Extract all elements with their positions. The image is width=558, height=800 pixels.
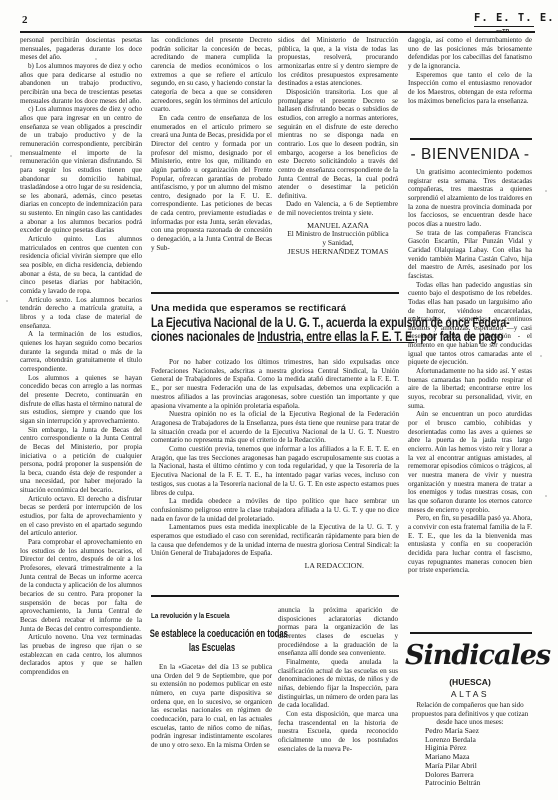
paragraph: Nuestra opinión no es la oficial de la E… xyxy=(151,410,399,445)
bienvenida-rule xyxy=(410,632,532,634)
paragraph: personal percibirán doscientas pesetas m… xyxy=(20,36,142,62)
bienvenida-body: Un gratísimo acontecimiento podemos regi… xyxy=(408,168,532,575)
paragraph: las condiciones del presente Decreto pod… xyxy=(151,36,272,114)
paragraph: Con esta disposición, que marca una fech… xyxy=(278,710,398,753)
print-speck xyxy=(545,495,547,497)
paragraph: Un gratísimo acontecimiento podemos regi… xyxy=(408,168,532,229)
ugt-headline-line-1: La Ejecutiva Nacional de la U. G. T., ac… xyxy=(151,316,346,330)
paragraph: En cada centro de enseñanza de los enume… xyxy=(151,114,272,253)
print-speck xyxy=(10,155,12,157)
paragraph: Los alumnos a quienes se hayan concedido… xyxy=(20,374,142,426)
escuela-body-right: anuncia la próxima aparición de disposic… xyxy=(278,606,398,753)
signature-minister: JESUS HERNAÑDEZ TOMAS xyxy=(278,248,398,257)
paragraph: Afortunadamente no ha sido así. Y estas … xyxy=(408,367,532,410)
paragraph: Por no haber cotizado los últimos trimes… xyxy=(151,358,399,410)
print-speck xyxy=(95,58,97,60)
paragraph: Esperemos que tanto el celo de la Inspec… xyxy=(408,71,532,106)
paragraph: Artículo quinto. Los alumnos matriculado… xyxy=(20,235,142,296)
print-speck xyxy=(545,190,547,192)
masthead: F. E. T. E. xyxy=(474,12,555,24)
ugt-bottom-rule xyxy=(151,595,399,597)
header-rule xyxy=(20,31,535,33)
escuela-headline-line-2: las Escuelas xyxy=(169,641,254,655)
column-2: las condiciones del presente Decreto pod… xyxy=(151,36,272,252)
paragraph: Dado en Valencia, a 6 de Septiembre de m… xyxy=(278,200,398,217)
column-1: personal percibirán doscientas pesetas m… xyxy=(20,36,142,677)
paragraph: Pero, en fin, su pesadilla pasó ya. Ahor… xyxy=(408,514,532,575)
print-speck xyxy=(540,355,542,357)
column-4: dagogía, así como el derrumbamiento de u… xyxy=(408,36,532,105)
column-3: sidios del Ministerio de Instrucción púb… xyxy=(278,36,398,256)
paragraph: sidios del Ministerio de Instrucción púb… xyxy=(278,36,398,88)
escuela-body-left: En la «Gaceta» del día 13 se publica una… xyxy=(151,663,272,750)
paragraph: Como cuestión previa, tenemos que inform… xyxy=(151,445,399,497)
paragraph: Finalmente, queda anulada la clasificaci… xyxy=(278,658,398,710)
paragraph: Artículo noveno. Una vez terminadas las … xyxy=(20,633,142,676)
sindicales-logo: Sindicales xyxy=(405,640,535,671)
ugt-signature: LA REDACCION. xyxy=(151,562,399,571)
bienvenida-title: - BIENVENIDA - xyxy=(405,146,535,164)
ugt-body: Por no haber cotizado los últimos trimes… xyxy=(151,358,399,571)
ugt-headline-line-2: ciones nacionales de Industria, entre el… xyxy=(151,330,346,344)
headline-part: por falta de pago xyxy=(418,329,504,344)
section-label: ALTAS xyxy=(405,689,535,699)
paragraph: c) Los alumnos mayores de diez y ocho añ… xyxy=(20,105,142,235)
paragraph: Se trata de las compañeras Francisca Gas… xyxy=(408,229,532,281)
headline-underlined: Industria, entre ellas la F. E. T. E., xyxy=(257,329,417,344)
masthead-underline xyxy=(474,26,534,27)
altas-intro: Relación de compañeros que han sido prop… xyxy=(408,701,532,727)
print-speck xyxy=(6,300,8,302)
escuela-kicker: La revolución y la Escuela xyxy=(151,611,230,620)
ugt-headline: La Ejecutiva Nacional de la U. G. T., ac… xyxy=(151,316,401,344)
paragraph: Sin embargo, la Junta de Becas del centr… xyxy=(20,426,142,495)
paragraph: Para comprobar el aprovechamiento en los… xyxy=(20,538,142,633)
paragraph: A la terminación de los estudios, quiene… xyxy=(20,330,142,373)
escuela-headline: Se establece la coeducación en todas las… xyxy=(151,627,273,655)
paragraph: Artículo octavo. El derecho a disfrutar … xyxy=(20,495,142,538)
paragraph: En la «Gaceta» del día 13 se publica una… xyxy=(151,663,272,750)
page-number: 2 xyxy=(22,14,28,26)
paragraph: dagogía, así como el derrumbamiento de u… xyxy=(408,36,532,71)
ugt-top-rule xyxy=(151,292,399,294)
col4-rule xyxy=(410,138,532,140)
paragraph: anuncia la próxima aparición de disposic… xyxy=(278,606,398,658)
ugt-kicker: Una medida que esperamos se rectificará xyxy=(151,303,346,314)
paragraph: b) Los alumnos mayores de diez y ocho añ… xyxy=(20,62,142,105)
paragraph: Disposición transitoria. Los que al prom… xyxy=(278,88,398,201)
altas-list: Pedro María Saez Lorenzo Berdala Higinia… xyxy=(425,727,535,788)
paragraph: Relación de compañeros que han sido prop… xyxy=(408,701,532,727)
paragraph: La medida obedece a móviles de tipo polí… xyxy=(151,497,399,523)
library-stamp: asTP xyxy=(496,29,509,35)
paragraph: Aún se encuentran un poco aturdidas por … xyxy=(408,410,532,514)
escuela-headline-line-1: Se establece la coeducación en todas xyxy=(150,627,275,641)
paragraph: Artículo sexto. Los alumnos becarios ten… xyxy=(20,296,142,331)
headline-part: ciones nacionales de xyxy=(151,329,257,344)
region-label: (HUESCA) xyxy=(405,677,535,687)
paragraph: Lamentamos pues esta medida inexplicable… xyxy=(151,523,399,558)
list-item: Patrocinio Beltrán xyxy=(425,779,535,788)
